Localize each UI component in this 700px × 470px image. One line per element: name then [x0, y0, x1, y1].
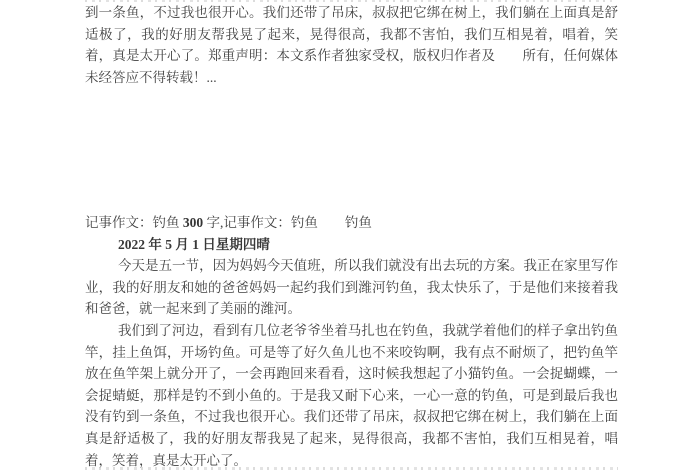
essay-title-suffix: 字,记事作文：钓鱼 钓鱼 — [203, 215, 372, 230]
essay-continuation-fragment: 到一条鱼，不过我也很开心。我们还带了吊床，叔叔把它绑在树上，我们躺在上面真是舒适… — [85, 2, 618, 88]
document-page: 到一条鱼，不过我也很开心。我们还带了吊床，叔叔把它绑在树上，我们躺在上面真是舒适… — [0, 0, 700, 470]
essay-word-count: 300 — [183, 215, 203, 230]
essay-title-prefix: 记事作文：钓鱼 — [85, 215, 183, 230]
essay-date-line: 2022 年 5 月 1 日星期四晴 — [85, 234, 618, 256]
essay-paragraph-1: 今天是五一节，因为妈妈今天值班，所以我们就没有出去玩的方案。我正在家里写作业，我… — [85, 255, 618, 320]
essay-title: 记事作文：钓鱼 300 字,记事作文：钓鱼 钓鱼 — [85, 212, 618, 234]
essay-body: 记事作文：钓鱼 300 字,记事作文：钓鱼 钓鱼 2022 年 5 月 1 日星… — [85, 212, 618, 470]
essay-paragraph-2: 我们到了河边，看到有几位老爷爷坐着马扎也在钓鱼，我就学着他们的样子拿出钓鱼竿，挂… — [85, 320, 618, 470]
